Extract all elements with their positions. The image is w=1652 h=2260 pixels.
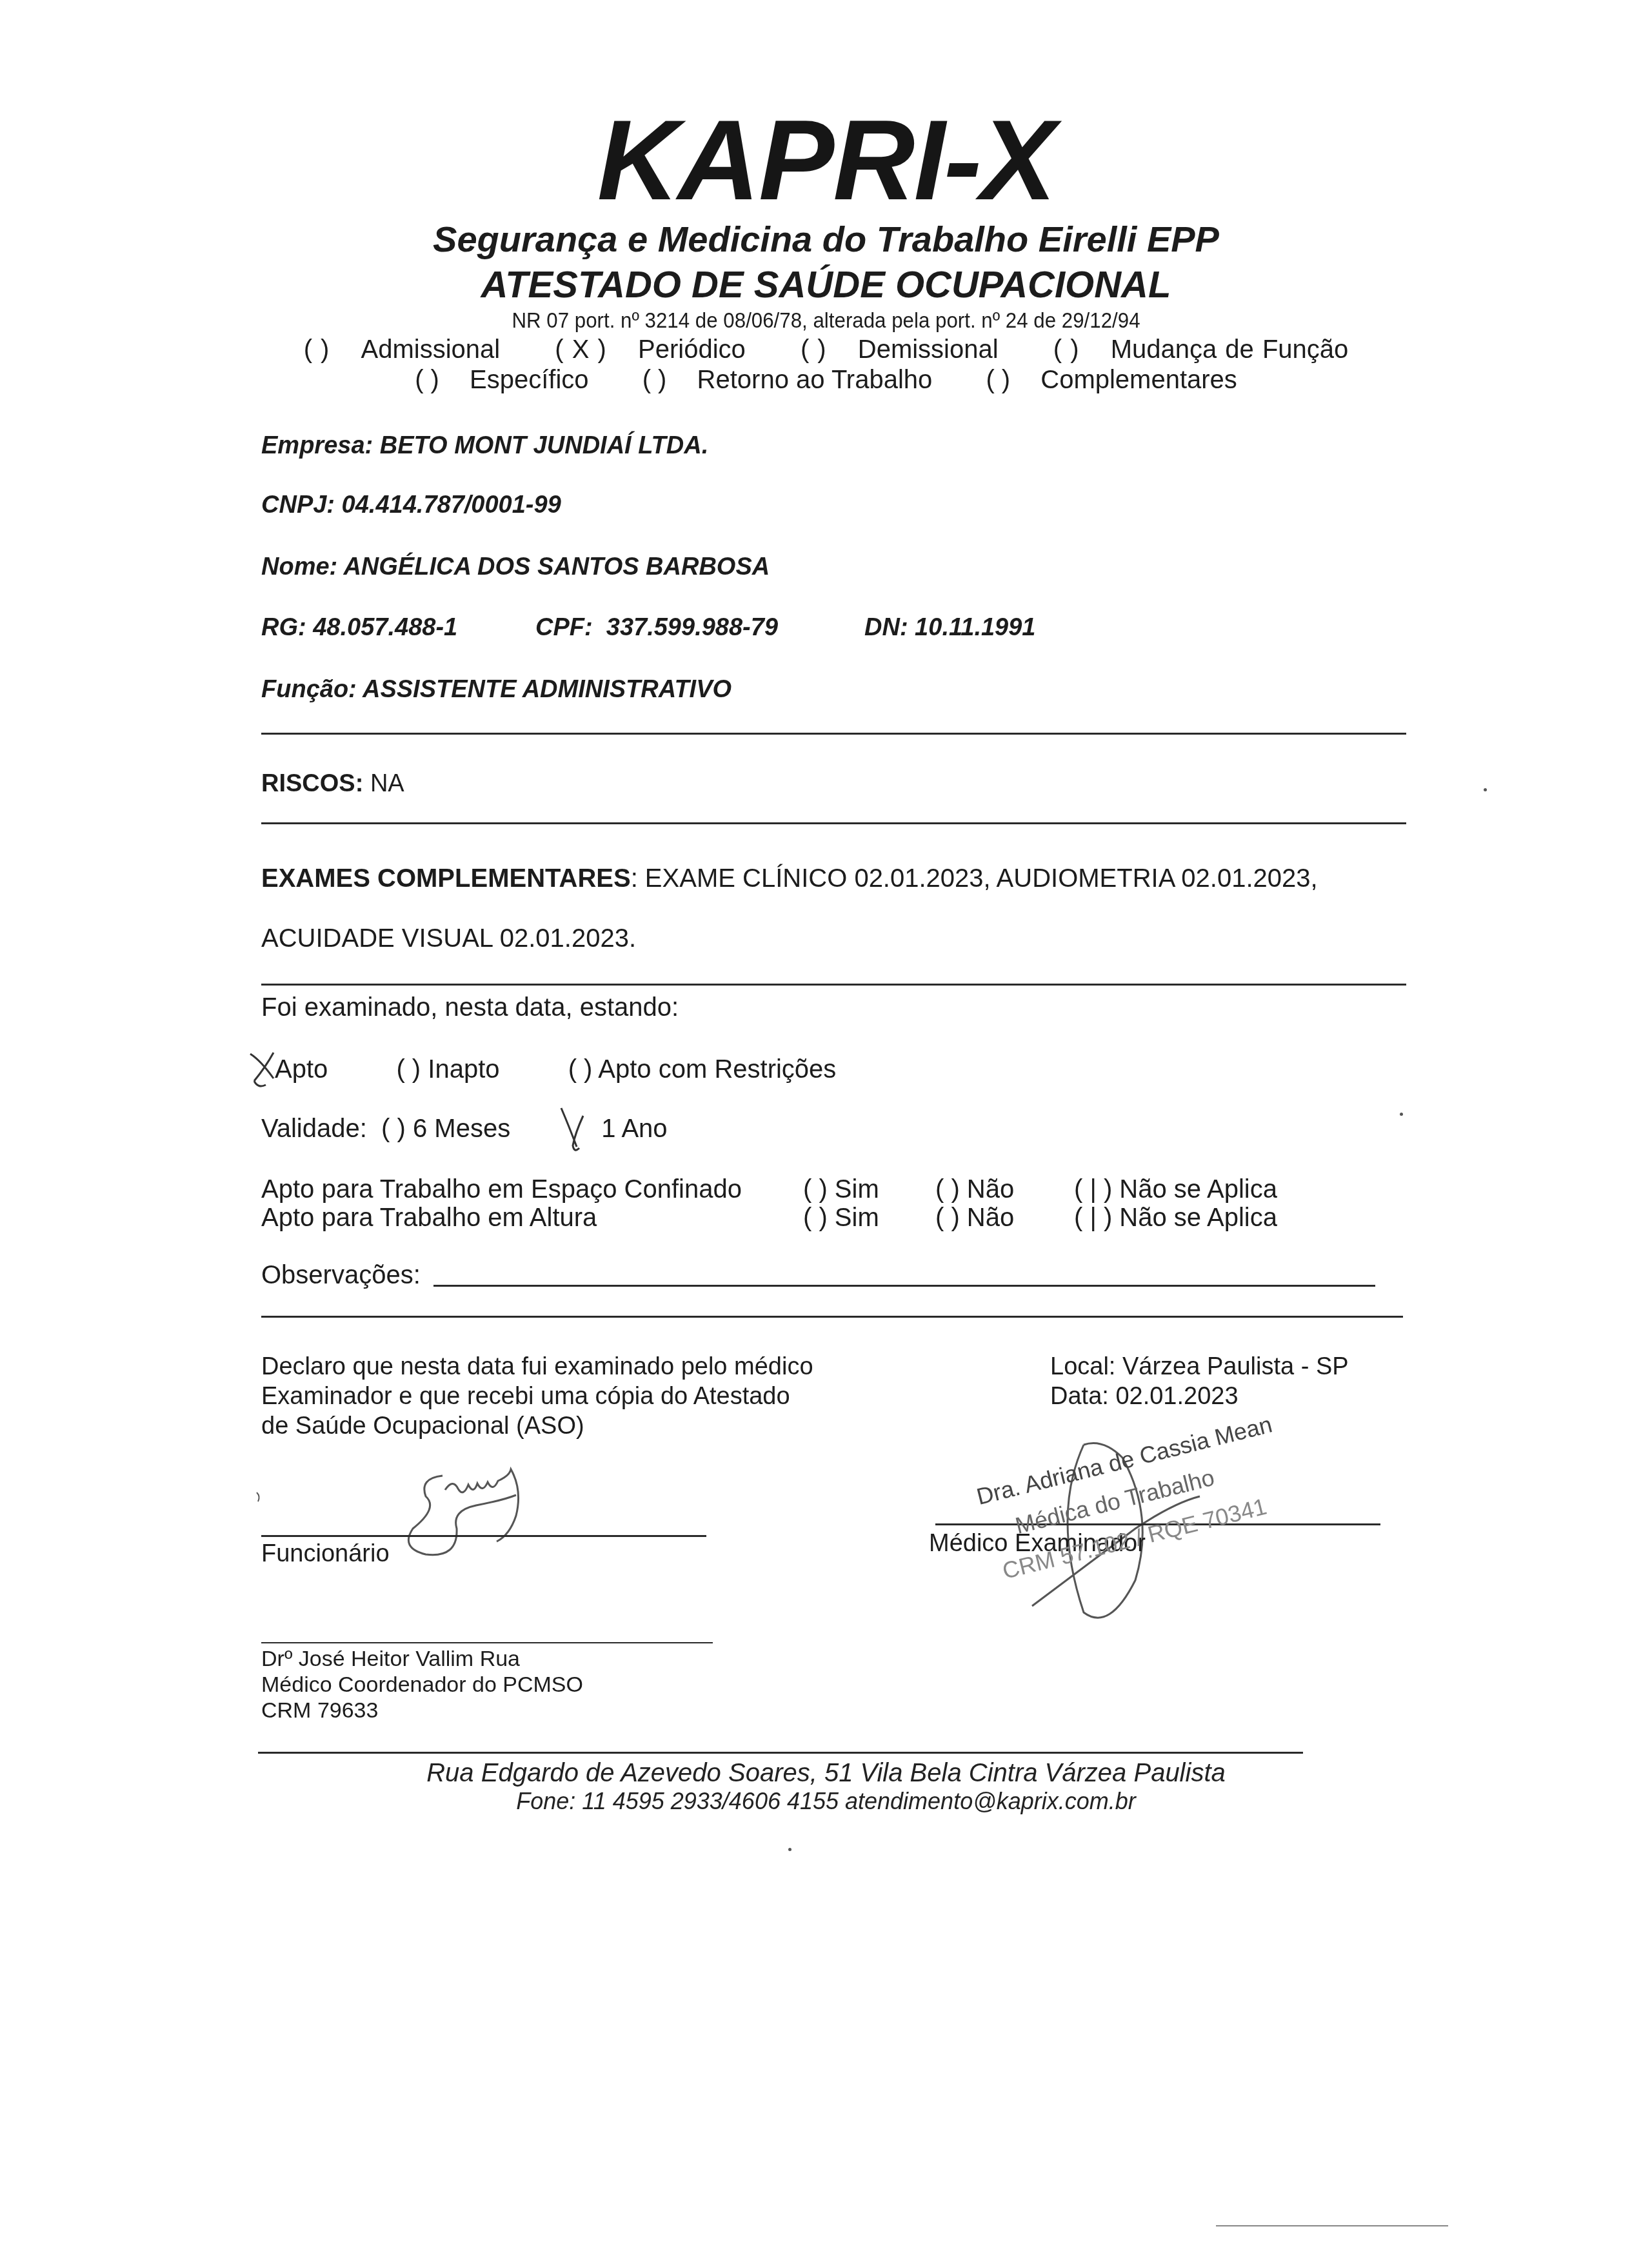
divider [261,822,1406,824]
local: Local: Várzea Paulista - SP [1050,1352,1349,1382]
data: Data: 02.01.2023 [1050,1382,1349,1411]
scan-mark [1216,2225,1448,2226]
footer-contact: Fone: 11 4595 2933/4606 4155 atendimento… [0,1788,1652,1815]
place-date: Local: Várzea Paulista - SP Data: 02.01.… [1050,1352,1349,1411]
observacoes-input-line[interactable] [433,1285,1375,1287]
cnpj-field: CNPJ: 04.414.787/0001-99 [261,491,561,519]
option-apto-restricoes[interactable]: ( ) Apto com Restrições [568,1055,837,1084]
employee-signature-line [261,1535,706,1537]
regulation-reference: NR 07 port. nº 3214 de 08/06/78, alterad… [66,308,1586,333]
exam-type-demissional[interactable]: ( ) Demissional [789,335,1010,364]
divider [261,984,1406,986]
empresa-value: BETO MONT JUNDIAÍ LTDA. [380,432,708,459]
riscos-value: NA [370,770,404,797]
validade-row: Validade: ( ) 6 Meses 1 Ano [261,1115,729,1144]
document-title: ATESTADO DE SAÚDE OCUPACIONAL [0,263,1652,306]
riscos-field: RISCOS: NA [261,770,404,798]
altura-sim[interactable]: ( ) Sim [803,1204,879,1233]
altura-nao[interactable]: ( ) Não [935,1204,1014,1233]
exam-type-retorno-trabalho[interactable]: ( ) Retorno ao Trabalho [631,366,944,394]
handwritten-check-mark-icon [557,1107,602,1158]
declaration-text: Declaro que nesta data fui examinado pel… [261,1352,813,1441]
exam-type-admissional[interactable]: ( ) Admissional [292,335,512,364]
footer-divider [258,1752,1303,1754]
option-inapto[interactable]: ( ) Inapto [396,1055,499,1084]
cpf-field: CPF: 337.599.988-79 [535,614,778,642]
nome-field: Nome: ANGÉLICA DOS SANTOS BARBOSA [261,553,770,581]
espaco-confinado-nao[interactable]: ( ) Não [935,1175,1014,1204]
observacoes-label: Observações: [261,1261,421,1290]
rg-value: 48.057.488-1 [313,614,457,641]
dn-field: DN: 10.11.1991 [864,614,1035,642]
option-apto[interactable]: Apto [253,1055,328,1084]
nome-value: ANGÉLICA DOS SANTOS BARBOSA [343,553,770,580]
exam-type-row-2: ( ) Específico ( ) Retorno ao Trabalho (… [0,366,1652,395]
coordinator-role: Médico Coordenador do PCMSO [261,1672,583,1698]
company-logo: KAPRI-X [0,95,1652,226]
divider [261,733,1406,735]
coordinator-name: Drº José Heitor Vallim Rua [261,1646,583,1672]
cnpj-value: 04.414.787/0001-99 [342,491,561,519]
observacoes-input-line-2[interactable] [261,1316,1403,1318]
exames-complementares: EXAMES COMPLEMENTARES: EXAME CLÍNICO 02.… [261,864,1318,893]
exames-complementares-cont: ACUIDADE VISUAL 02.01.2023. [261,924,636,953]
scan-speck [788,1848,791,1851]
exam-type-complementares[interactable]: ( ) Complementares [974,366,1248,394]
altura-label: Apto para Trabalho em Altura [261,1204,597,1233]
exam-type-row-1: ( ) Admissional ( X ) Periódico ( ) Demi… [0,335,1652,364]
exam-type-mudanca-funcao[interactable]: ( ) Mudança de Função [1042,335,1360,364]
coordinator-crm: CRM 79633 [261,1698,583,1723]
espaco-confinado-nao-se-aplica[interactable]: ( | ) Não se Aplica [1074,1175,1277,1204]
aptidao-options: Apto ( ) Inapto ( ) Apto com Restrições [253,1055,897,1084]
option-1-ano[interactable]: 1 Ano [562,1115,667,1144]
espaco-confinado-sim[interactable]: ( ) Sim [803,1175,879,1204]
funcao-field: Função: ASSISTENTE ADMINISTRATIVO [261,676,731,704]
cpf-value: 337.599.988-79 [606,614,778,641]
footer-address: Rua Edgardo de Azevedo Soares, 51 Vila B… [0,1759,1652,1788]
company-name: Segurança e Medicina do Trabalho Eirelli… [0,218,1652,260]
exam-type-especifico[interactable]: ( ) Específico [403,366,600,394]
handwritten-x-mark-icon [248,1047,299,1093]
rg-field: RG: 48.057.488-1 [261,614,457,642]
scan-speck [1400,1113,1403,1116]
empresa-field: Empresa: BETO MONT JUNDIAÍ LTDA. [261,432,708,460]
funcao-value: ASSISTENTE ADMINISTRATIVO [363,676,731,703]
coordinator-block: Drº José Heitor Vallim Rua Médico Coorde… [261,1646,583,1723]
option-6-meses[interactable]: ( ) 6 Meses [381,1115,510,1144]
exam-type-periodico[interactable]: ( X ) Periódico [543,335,757,364]
funcionario-label: Funcionário [261,1540,390,1568]
espaco-confinado-label: Apto para Trabalho em Espaço Confinado [261,1175,742,1204]
scan-speck [1484,788,1487,791]
altura-nao-se-aplica[interactable]: ( | ) Não se Aplica [1074,1204,1277,1233]
dn-value: 10.11.1991 [915,614,1035,641]
coordinator-signature-line [261,1642,713,1643]
result-intro: Foi examinado, nesta data, estando: [261,993,679,1022]
